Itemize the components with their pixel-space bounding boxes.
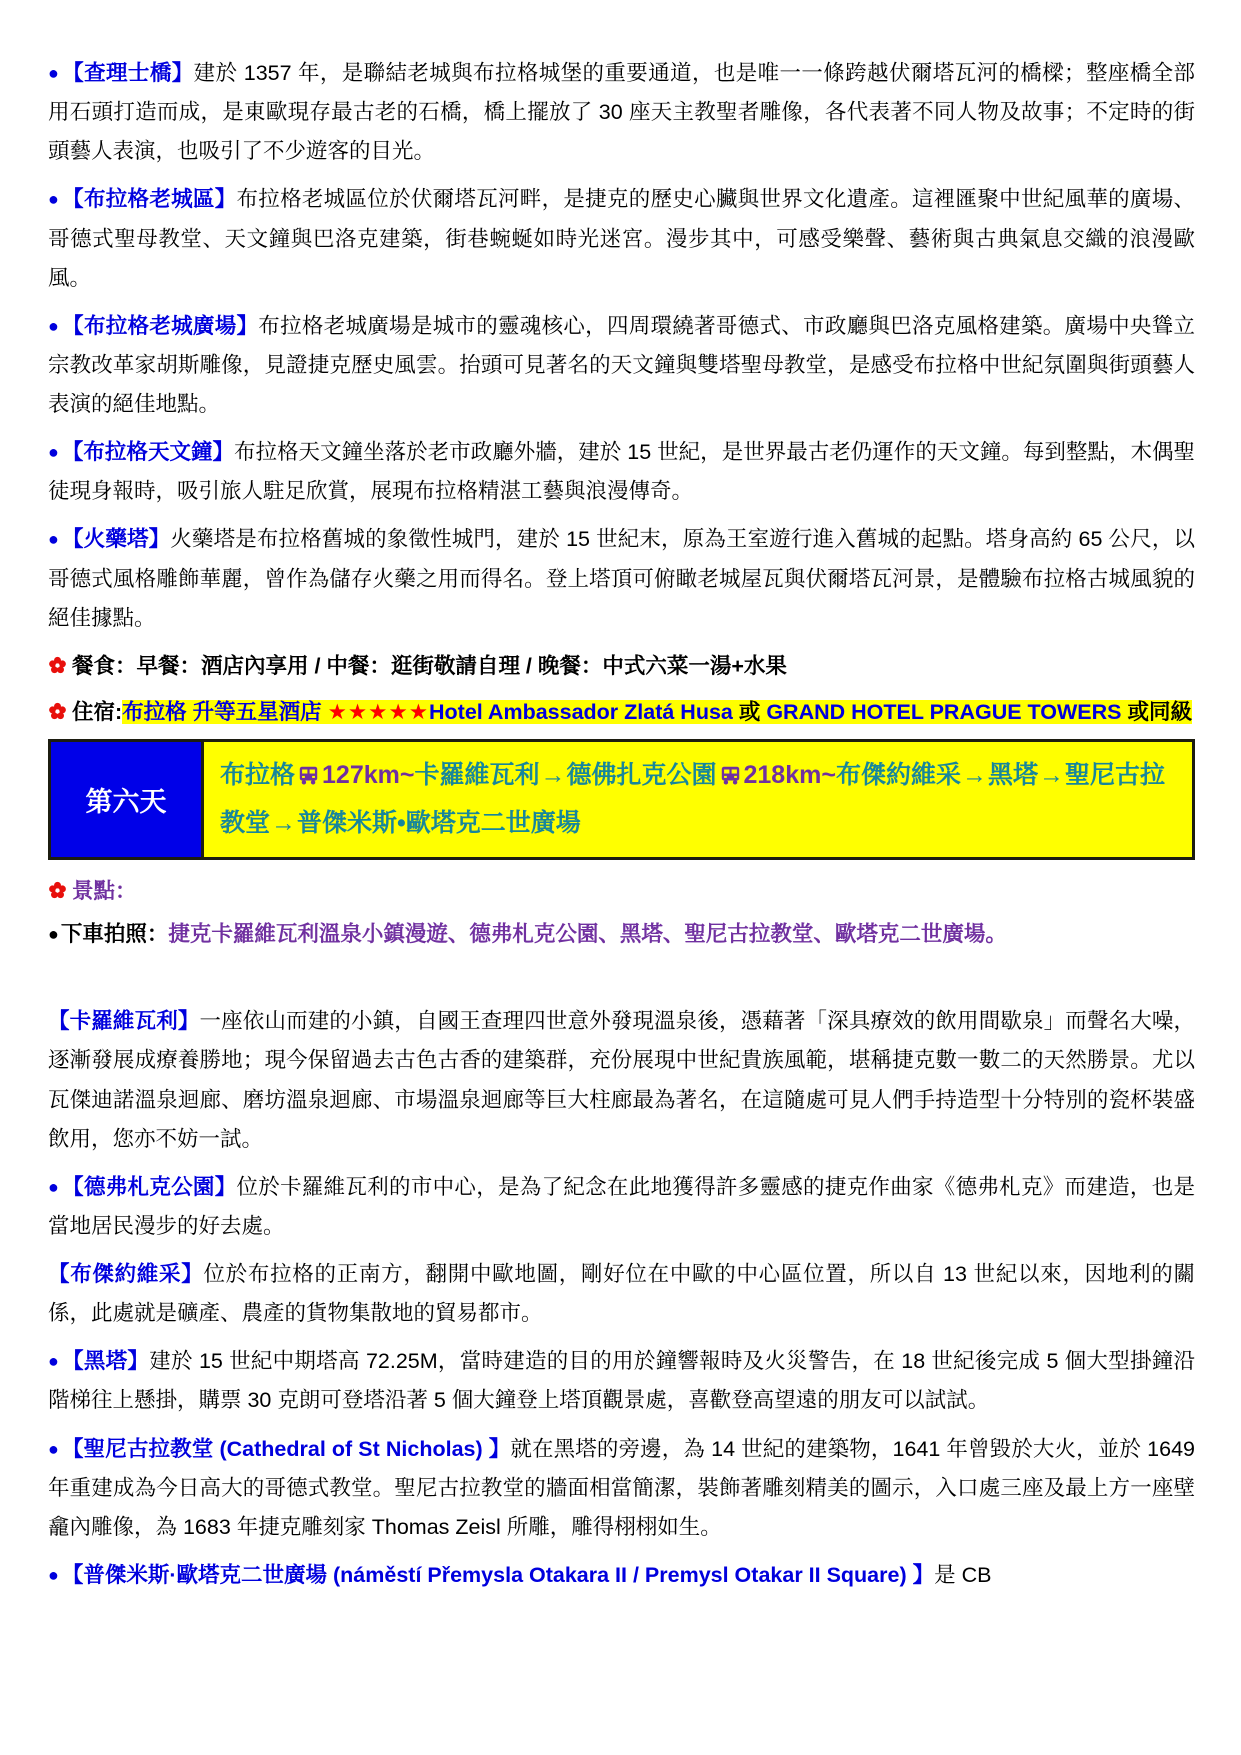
attraction-paragraph: ●【普傑米斯·歐塔克二世廣場 (náměstí Přemysla Otakara… [48, 1556, 1195, 1595]
photo-stops-text: 捷克卡羅維瓦利溫泉小鎮漫遊、德弗札克公園、黑塔、聖尼古拉教堂、歐塔克二世廣場。 [168, 922, 1007, 946]
attraction-title: 【普傑米斯·歐塔克二世廣場 (náměstí Přemysla Otakara … [62, 1563, 934, 1587]
flower-icon [48, 702, 67, 721]
meal-label: 餐食： [72, 654, 137, 678]
bullet-icon: ● [48, 1177, 59, 1197]
attraction-title: 【德弗札克公園】 [62, 1175, 236, 1199]
route-place: 德佛扎克公園 [566, 761, 716, 789]
five-stars-icon: ★★★★★ [328, 700, 429, 724]
attraction-description: 建於 1357 年，是聯結老城與布拉格城堡的重要通道，也是唯一一條跨越伏爾塔瓦河… [48, 61, 1195, 163]
meal-info-line: 餐食：早餐：酒店內享用 / 中餐：逛街敬請自理 / 晚餐：中式六菜一湯+水果 [48, 647, 1195, 686]
arrow-icon: → [1038, 761, 1065, 789]
flower-icon [48, 656, 67, 675]
attraction-description: 建於 15 世紀中期塔高 72.25M，當時建造的目的用於鐘響報時及火災警告，在… [48, 1349, 1195, 1412]
attraction-title: 【查理士橋】 [62, 61, 193, 85]
photo-stops-line: ●下車拍照：捷克卡羅維瓦利溫泉小鎮漫遊、德弗札克公園、黑塔、聖尼古拉教堂、歐塔克… [48, 915, 1195, 954]
route-place: 黑塔 [988, 761, 1038, 789]
arrow-icon: → [961, 761, 988, 789]
meal-text: 早餐：酒店內享用 / 中餐：逛街敬請自理 / 晚餐：中式六菜一湯+水果 [137, 654, 787, 678]
route-place: 布傑約維采 [836, 761, 961, 789]
route-distance: 218km~ [744, 761, 836, 789]
route-place: 普傑米斯•歐塔克二世廣場 [297, 809, 581, 837]
hotel-info-line: 住宿:布拉格 升等五星酒店 ★★★★★Hotel Ambassador Zlat… [48, 693, 1195, 732]
bullet-icon: ● [48, 442, 59, 462]
sights-label: 景點： [72, 879, 137, 903]
attraction-paragraph: ●【查理士橋】建於 1357 年，是聯結老城與布拉格城堡的重要通道，也是唯一一條… [48, 54, 1195, 171]
bus-icon [718, 764, 743, 786]
attraction-title: 【布拉格老城廣場】 [62, 314, 258, 338]
attraction-description: 是 CB [934, 1563, 991, 1587]
day6-schedule-table: 第六天 布拉格127km~卡羅維瓦利→德佛扎克公園218km~布傑約維采→黑塔→… [48, 739, 1195, 860]
attraction-paragraph: ●【德弗札克公園】位於卡羅維瓦利的市中心，是為了紀念在此地獲得許多靈感的捷克作曲… [48, 1168, 1195, 1246]
hotel-city: 布拉格 升等五星酒店 [122, 700, 327, 724]
attraction-paragraph: ●【布拉格老城區】布拉格老城區位於伏爾塔瓦河畔，是捷克的歷史心臟與世界文化遺產。… [48, 180, 1195, 297]
bullet-icon: ● [48, 924, 59, 944]
attraction-description: 火藥塔是布拉格舊城的象徵性城門，建於 15 世紀末，原為王室遊行進入舊城的起點。… [48, 527, 1195, 629]
hotel-label: 住宿: [72, 700, 122, 724]
route-distance: 127km~ [322, 761, 414, 789]
bullet-icon: ● [48, 316, 59, 336]
photo-stops-label: 下車拍照： [61, 922, 169, 946]
hotel-or: 或 [733, 700, 766, 724]
hotel-highlight: 布拉格 升等五星酒店 ★★★★★Hotel Ambassador Zlatá H… [122, 700, 1192, 724]
attraction-paragraph: ●【布拉格老城廣場】布拉格老城廣場是城市的靈魂核心，四周環繞著哥德式、市政廳與巴… [48, 307, 1195, 424]
arrow-icon: → [270, 809, 297, 837]
attraction-title: 【火藥塔】 [62, 527, 170, 551]
attraction-title: 【卡羅維瓦利】 [48, 1009, 200, 1033]
bullet-icon: ● [48, 1565, 59, 1585]
hotel-name-2: GRAND HOTEL PRAGUE TOWERS [766, 700, 1121, 724]
attraction-title: 【布傑約維采】 [48, 1262, 203, 1286]
attraction-title: 【黑塔】 [62, 1349, 149, 1373]
hotel-grade: 或同級 [1122, 700, 1192, 724]
sights-heading: 景點： [48, 872, 1195, 911]
bus-icon [296, 764, 321, 786]
attraction-paragraph: ●【聖尼古拉教堂 (Cathedral of St Nicholas) 】就在黑… [48, 1430, 1195, 1547]
bullet-icon: ● [48, 1439, 59, 1459]
hotel-name-1: Hotel Ambassador Zlatá Husa [429, 700, 733, 724]
attraction-description: 一座依山而建的小鎮，自國王查理四世意外發現溫泉後，憑藉著「深具療效的飲用間歇泉」… [48, 1009, 1195, 1150]
day6-attractions-section: 【卡羅維瓦利】一座依山而建的小鎮，自國王查理四世意外發現溫泉後，憑藉著「深具療效… [48, 1002, 1195, 1595]
attraction-paragraph: ●【布拉格天文鐘】布拉格天文鐘坐落於老市政廳外牆，建於 15 世紀，是世界最古老… [48, 433, 1195, 511]
prague-attractions-section: ●【查理士橋】建於 1357 年，是聯結老城與布拉格城堡的重要通道，也是唯一一條… [48, 54, 1195, 638]
route-place: 布拉格 [220, 761, 295, 789]
day-label: 第六天 [50, 741, 203, 859]
attraction-paragraph: ●【火藥塔】火藥塔是布拉格舊城的象徵性城門，建於 15 世紀末，原為王室遊行進入… [48, 520, 1195, 637]
route-place: 卡羅維瓦利 [414, 761, 539, 789]
itinerary-page: ●【查理士橋】建於 1357 年，是聯結老城與布拉格城堡的重要通道，也是唯一一條… [0, 0, 1241, 1755]
arrow-icon: → [539, 761, 566, 789]
attraction-title: 【布拉格老城區】 [62, 187, 236, 211]
bullet-icon: ● [48, 529, 59, 549]
bullet-icon: ● [48, 189, 59, 209]
attraction-paragraph: ●【黑塔】建於 15 世紀中期塔高 72.25M，當時建造的目的用於鐘響報時及火… [48, 1342, 1195, 1420]
attraction-paragraph: 【卡羅維瓦利】一座依山而建的小鎮，自國王查理四世意外發現溫泉後，憑藉著「深具療效… [48, 1002, 1195, 1159]
attraction-paragraph: 【布傑約維采】位於布拉格的正南方，翻開中歐地圖，剛好位在中歐的中心區位置，所以自… [48, 1255, 1195, 1333]
flower-icon [48, 881, 67, 900]
bullet-icon: ● [48, 63, 59, 83]
attraction-title: 【布拉格天文鐘】 [62, 440, 234, 464]
attraction-title: 【聖尼古拉教堂 (Cathedral of St Nicholas) 】 [62, 1437, 510, 1461]
day-route: 布拉格127km~卡羅維瓦利→德佛扎克公園218km~布傑約維采→黑塔→聖尼古拉… [203, 741, 1194, 859]
attraction-description: 位於布拉格的正南方，翻開中歐地圖，剛好位在中歐的中心區位置，所以自 13 世紀以… [48, 1262, 1195, 1325]
bullet-icon: ● [48, 1351, 59, 1371]
